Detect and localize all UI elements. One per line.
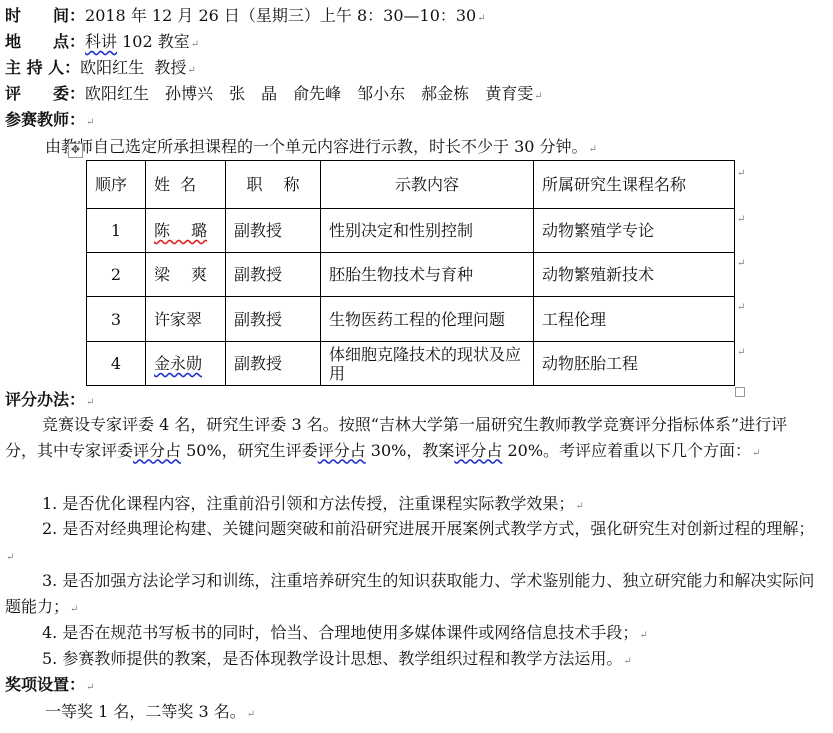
header-cell: 顺序 <box>87 161 146 209</box>
judge-name: 孙博兴 <box>165 84 213 103</box>
place-value-underlined: 科讲 <box>85 32 117 51</box>
scoring-text: 30%，教案 <box>366 441 455 460</box>
judge-name: 郝金栋 <box>421 84 469 103</box>
paragraph-mark-icon: ↵ <box>623 656 631 667</box>
paragraph-mark-icon: ↵ <box>6 552 14 563</box>
table-row: 1 陈 璐 副教授 性别决定和性别控制 动物繁殖学专论 <box>87 209 735 253</box>
paragraph-mark-icon: ↵ <box>86 397 94 408</box>
judges-line: 评 委：欧阳红生 孙博兴 张 晶 俞先峰 邹小东 郝金栋 黄育雯↵ <box>5 83 543 105</box>
cell-topic: 性别决定和性别控制 <box>321 209 534 253</box>
paragraph-mark-icon: ↵ <box>191 39 199 50</box>
criteria-item-4: 4. 是否在规范书写板书的同时，恰当、合理地使用多媒体课件或网络信息技术手段；↵ <box>5 620 817 649</box>
teachers-table: 顺序 姓 名 职 称 示教内容 所属研究生课程名称 1 陈 璐 副教授 性别决定… <box>86 160 735 386</box>
cell-title: 副教授 <box>226 209 321 253</box>
criteria-text: 3. 是否加强方法论学习和训练，注重培养研究生的知识获取能力、学术鉴别能力、独立… <box>5 571 814 616</box>
cell-course: 工程伦理 <box>534 297 735 342</box>
awards-heading: 奖项设置： <box>5 674 85 696</box>
header-cell: 示教内容 <box>321 161 534 209</box>
criteria-text: 5. 参赛教师提供的教案，是否体现教学设计思想、教学组织过程和教学方法运用。 <box>42 649 622 668</box>
paragraph-mark-icon: ↵ <box>86 682 94 693</box>
cell-no: 1 <box>87 209 146 253</box>
cell-course: 动物繁殖学专论 <box>534 209 735 253</box>
teachers-intro: 由教师自己选定所承担课程的一个单元内容进行示教，时长不少于 30 分钟。↵ <box>45 136 597 158</box>
criteria-text: 2. 是否对经典理论构建、关键问题突破和前沿研究进展开展案例式教学方式，强化研究… <box>42 519 814 538</box>
cell-topic: 体细胞克隆技术的现状及应用 <box>321 342 534 386</box>
cell-name: 梁 爽 <box>146 253 226 297</box>
cell-title: 副教授 <box>226 342 321 386</box>
row-end-mark-icon: ↵ <box>737 214 745 225</box>
paragraph-mark-icon: ↵ <box>477 13 485 24</box>
table-row: 2 梁 爽 副教授 胚胎生物技术与育种 动物繁殖新技术 <box>87 253 735 297</box>
teachers-intro-text: 由教师自己选定所承担课程的一个单元内容进行示教，时长不少于 30 分钟。 <box>45 137 588 156</box>
scoring-heading: 评分办法： <box>5 389 85 411</box>
header-cell: 职 称 <box>226 161 321 209</box>
judge-name: 黄育雯 <box>485 84 533 103</box>
judge-name: 欧阳红生 <box>85 84 149 103</box>
row-end-mark-icon: ↵ <box>737 168 745 179</box>
cell-title: 副教授 <box>226 253 321 297</box>
header-cell: 所属研究生课程名称 <box>534 161 735 209</box>
scoring-text: 50%，研究生评委 <box>181 441 318 460</box>
teachers-heading-line: 参赛教师：↵ <box>5 109 94 131</box>
criteria-item-3: 3. 是否加强方法论学习和训练，注重培养研究生的知识获取能力、学术鉴别能力、独立… <box>5 568 817 622</box>
criteria-item-2: 2. 是否对经典理论构建、关键问题突破和前沿研究进展开展案例式教学方式，强化研究… <box>5 516 817 570</box>
cell-title: 副教授 <box>226 297 321 342</box>
place-line: 地 点：科讲 102 教室↵ <box>5 31 199 53</box>
judge-name: 张 晶 <box>229 84 277 103</box>
cell-name: 金永勋 <box>146 342 226 386</box>
scoring-text-underlined: 评分占 <box>454 441 502 460</box>
scoring-heading-line: 评分办法：↵ <box>5 389 94 411</box>
table-row: 3 许家翠 副教授 生物医药工程的伦理问题 工程伦理 <box>87 297 735 342</box>
table-row: 4 金永勋 副教授 体细胞克隆技术的现状及应用 动物胚胎工程 <box>87 342 735 386</box>
paragraph-mark-icon: ↵ <box>575 501 583 512</box>
cell-topic: 胚胎生物技术与育种 <box>321 253 534 297</box>
paragraph-mark-icon: ↵ <box>534 91 542 102</box>
row-end-mark-icon: ↵ <box>737 302 745 313</box>
header-cell: 姓 名 <box>146 161 226 209</box>
time-line: 时 间：2018 年 12 月 26 日（星期三）上午 8：30—10：30↵ <box>5 5 486 27</box>
table-resize-handle[interactable] <box>735 387 745 397</box>
cell-course: 动物繁殖新技术 <box>534 253 735 297</box>
paragraph-mark-icon: ↵ <box>187 65 195 76</box>
scoring-text-underlined: 评分占 <box>318 441 366 460</box>
time-label: 时 间： <box>5 5 85 27</box>
criteria-text: 4. 是否在规范书写板书的同时，恰当、合理地使用多媒体课件或网络信息技术手段； <box>42 623 638 642</box>
cell-no: 3 <box>87 297 146 342</box>
table-header-row: 顺序 姓 名 职 称 示教内容 所属研究生课程名称 <box>87 161 735 209</box>
paragraph-mark-icon: ↵ <box>70 604 78 615</box>
paragraph-mark-icon: ↵ <box>639 630 647 641</box>
place-value-suffix: 102 教室 <box>117 32 190 51</box>
paragraph-mark-icon: ↵ <box>247 709 255 720</box>
paragraph-mark-icon: ↵ <box>589 144 597 155</box>
row-end-mark-icon: ↵ <box>737 258 745 269</box>
judges-label: 评 委： <box>5 83 85 105</box>
cell-name: 陈 璐 <box>146 209 226 253</box>
host-line: 主 持 人：欧阳红生 教授↵ <box>5 57 196 79</box>
paragraph-mark-icon: ↵ <box>752 448 760 459</box>
criteria-item-5: 5. 参赛教师提供的教案，是否体现教学设计思想、教学组织过程和教学方法运用。↵ <box>5 646 817 675</box>
scoring-text-underlined: 评分占 <box>133 441 181 460</box>
time-value: 2018 年 12 月 26 日（星期三）上午 8：30—10：30 <box>85 6 476 25</box>
paragraph-mark-icon: ↵ <box>86 117 94 128</box>
table-move-handle-icon[interactable]: ✥ <box>68 143 83 158</box>
host-label: 主 持 人： <box>5 57 80 79</box>
awards-text-line: 一等奖 1 名，二等奖 3 名。↵ <box>45 701 255 723</box>
row-end-mark-icon: ↵ <box>737 347 745 358</box>
awards-heading-line: 奖项设置：↵ <box>5 674 94 696</box>
scoring-text: 20%。考评应着重以下几个方面： <box>502 441 751 460</box>
cell-no: 4 <box>87 342 146 386</box>
host-value: 欧阳红生 教授 <box>80 58 186 77</box>
teachers-heading: 参赛教师： <box>5 109 85 131</box>
judge-name: 邹小东 <box>357 84 405 103</box>
cell-topic: 生物医药工程的伦理问题 <box>321 297 534 342</box>
awards-text: 一等奖 1 名，二等奖 3 名。 <box>45 702 246 721</box>
scoring-paragraph: 竞赛设专家评委 4 名，研究生评委 3 名。按照“吉林大学第一届研究生教师教学竞… <box>5 412 817 466</box>
cell-course: 动物胚胎工程 <box>534 342 735 386</box>
judge-name: 俞先峰 <box>293 84 341 103</box>
place-label: 地 点： <box>5 31 85 53</box>
cell-no: 2 <box>87 253 146 297</box>
criteria-text: 1. 是否优化课程内容，注重前沿引领和方法传授，注重课程实际教学效果； <box>42 494 574 513</box>
cell-name: 许家翠 <box>146 297 226 342</box>
